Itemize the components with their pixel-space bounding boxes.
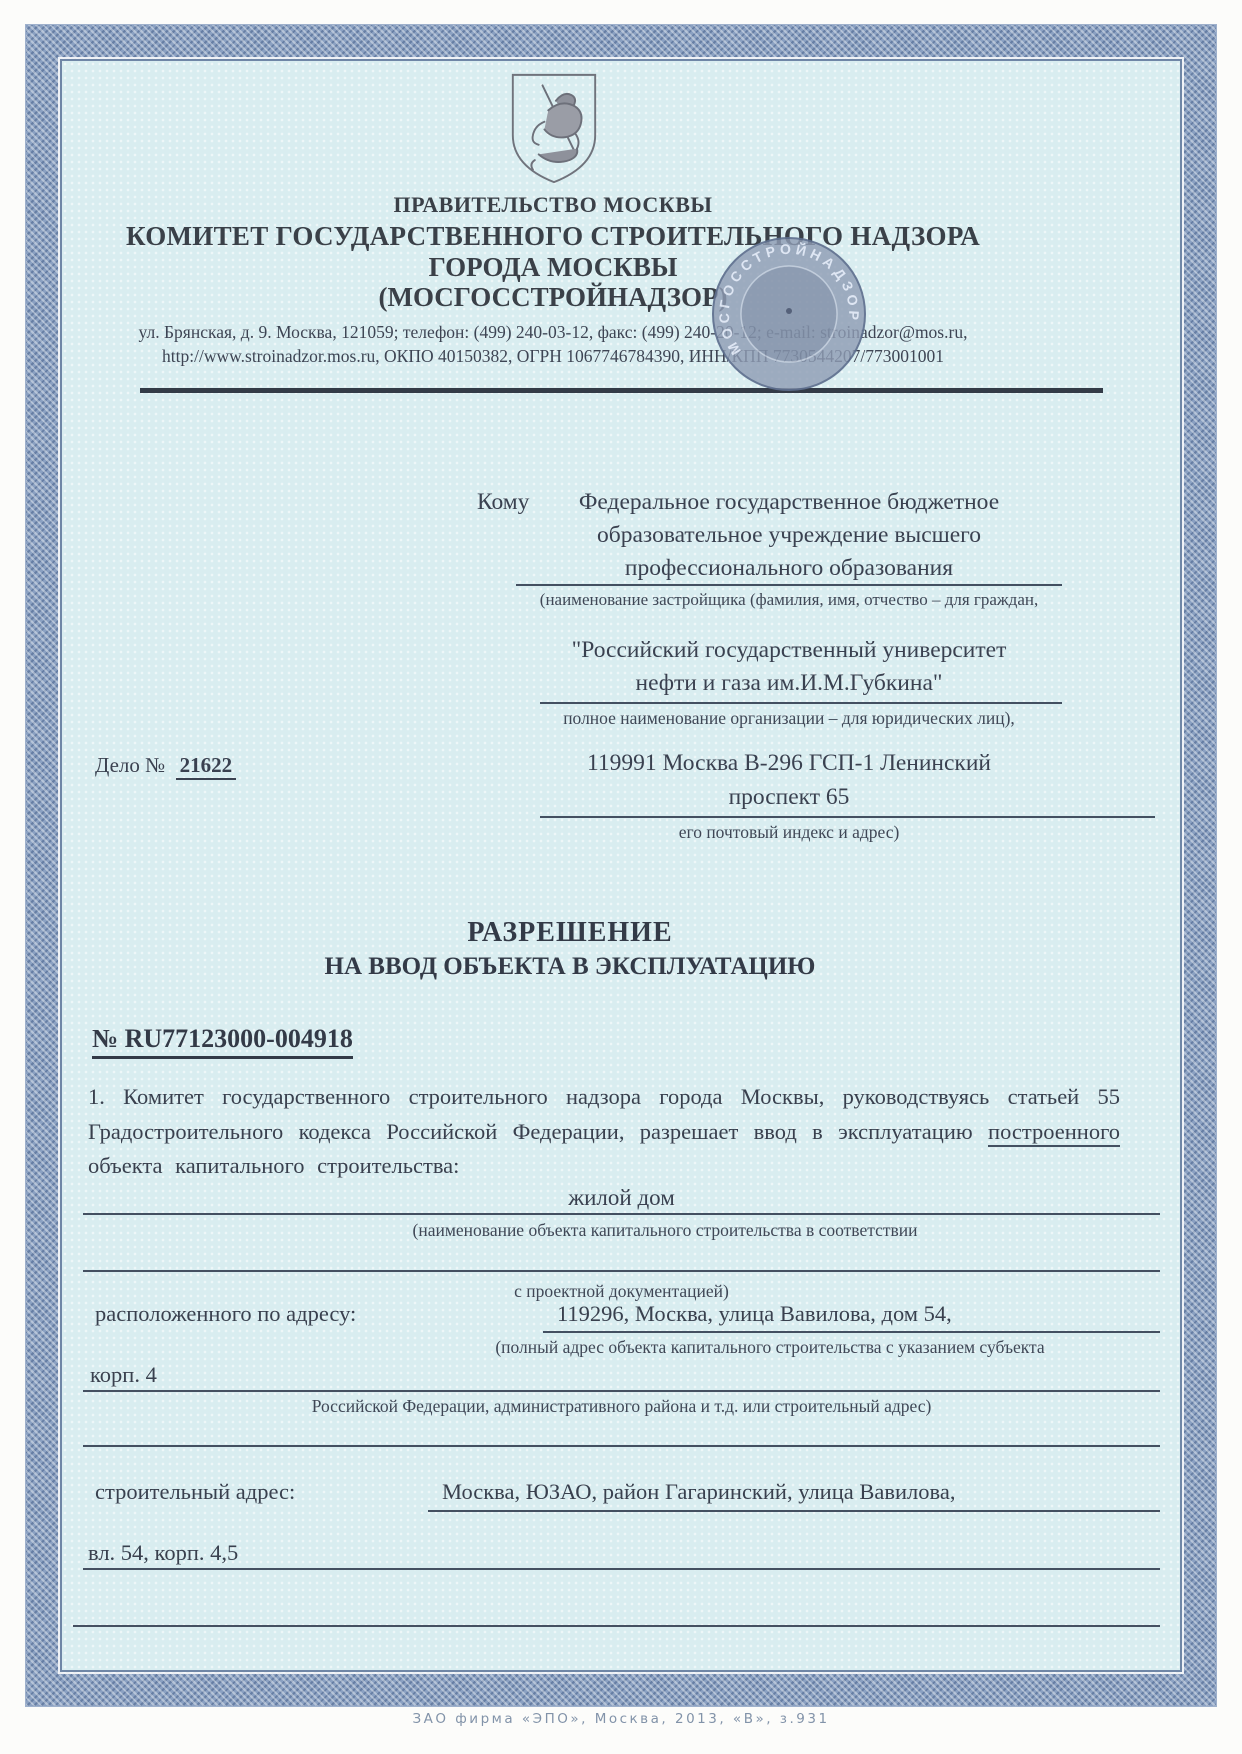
- blank-line: [83, 1390, 1160, 1392]
- blank-line: [540, 702, 1062, 704]
- blank-line: [83, 1445, 1160, 1447]
- letterhead: ПРАВИТЕЛЬСТВО МОСКВЫ КОМИТЕТ ГОСУДАРСТВЕ…: [88, 0, 1018, 320]
- build-address-label: строительный адрес:: [95, 1479, 295, 1505]
- committee-line1: КОМИТЕТ ГОСУДАРСТВЕННОГО СТРОИТЕЛЬНОГО Н…: [88, 221, 1018, 252]
- addressee-line1: Федеральное государственное бюджетное: [516, 489, 1062, 516]
- caption-location1: (полный адрес объекта капитального строи…: [390, 1337, 1150, 1358]
- blank-line: [428, 1510, 1160, 1512]
- caption-location2: Российской Федерации, административного …: [83, 1396, 1160, 1417]
- caption-developer-name: (наименование застройщика (фамилия, имя,…: [516, 590, 1062, 610]
- contact-line1: ул. Брянская, д. 9. Москва, 121059; теле…: [88, 322, 1018, 343]
- document-title-line1: РАЗРЕШЕНИЕ: [90, 917, 1050, 949]
- contact-line2: http://www.stroinadzor.mos.ru, ОКПО 4015…: [88, 346, 1018, 367]
- organization-line2: нефти и газа им.И.М.Губкина": [516, 670, 1062, 697]
- build-address-value: Москва, ЮЗАО, район Гагаринский, улица В…: [442, 1479, 955, 1505]
- blank-line: [83, 1568, 1160, 1570]
- permit-clause: 1. Комитет государственного строительног…: [88, 1080, 1120, 1184]
- document-title-line2: НА ВВОД ОБЪЕКТА В ЭКСПЛУАТАЦИЮ: [90, 953, 1050, 981]
- blank-line: [516, 584, 1062, 586]
- organization-line1: "Российский государственный университет: [516, 637, 1062, 664]
- blank-line: [73, 1625, 1160, 1627]
- postal-address-line1: 119991 Москва В-296 ГСП-1 Ленинский: [516, 750, 1062, 777]
- blank-line: [83, 1213, 1160, 1215]
- location-value2: корп. 4: [90, 1362, 157, 1388]
- addressee-line2: образовательное учреждение высшего: [516, 522, 1062, 549]
- location-value: 119296, Москва, улица Вавилова, дом 54,: [557, 1301, 952, 1327]
- blank-line: [543, 1331, 1160, 1333]
- print-house-imprint: ЗАО фирма «ЭПО», Москва, 2013, «В», з.93…: [0, 1711, 1242, 1727]
- location-label: расположенного по адресу:: [95, 1301, 356, 1327]
- blank-line: [83, 1270, 1160, 1272]
- permit-number: № RU77123000-004918: [92, 1024, 353, 1059]
- object-name: жилой дом: [83, 1185, 1160, 1211]
- case-number-row: Дело № 21622: [95, 753, 236, 778]
- header-divider-rule: [140, 388, 1103, 393]
- clause-underlined-word: построенного: [988, 1119, 1120, 1147]
- caption-object-name2: с проектной документацией): [83, 1281, 1160, 1302]
- case-number-value: 21622: [176, 753, 237, 780]
- clause-text-before: 1. Комитет государственного строительног…: [88, 1084, 1120, 1144]
- postal-address-line2: проспект 65: [516, 784, 1062, 811]
- round-stamp-seal: МОСГОССТРОЙНАДЗОР: [710, 235, 868, 393]
- caption-org-fullname: полное наименование организации – для юр…: [516, 708, 1062, 729]
- clause-text-after: объекта капитального строительства:: [88, 1153, 459, 1178]
- blank-line: [540, 816, 1155, 818]
- case-label: Дело №: [95, 753, 165, 777]
- scanned-permit-document: ПРАВИТЕЛЬСТВО МОСКВЫ КОМИТЕТ ГОСУДАРСТВЕ…: [0, 0, 1242, 1754]
- committee-line3: (МОСГОССТРОЙНАДЗОР): [88, 282, 1018, 313]
- build-address-value2: вл. 54, корп. 4,5: [88, 1540, 238, 1566]
- government-line: ПРАВИТЕЛЬСТВО МОСКВЫ: [88, 192, 1018, 218]
- caption-object-name1: (наименование объекта капитального строи…: [200, 1220, 1130, 1241]
- committee-line2: ГОРОДА МОСКВЫ: [88, 252, 1018, 283]
- caption-postal-address: его почтовый индекс и адрес): [516, 822, 1062, 843]
- addressee-line3: профессионального образования: [516, 555, 1062, 582]
